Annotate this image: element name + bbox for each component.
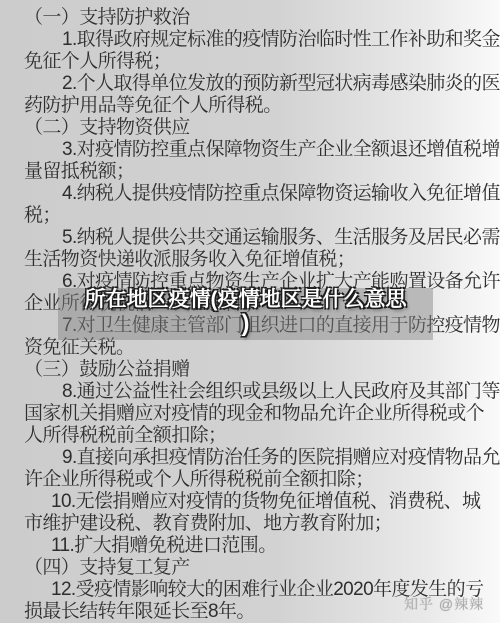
text-line: （三）鼓励公益捐赠 [24, 359, 480, 381]
text-line: （四）支持复工复产 [24, 557, 480, 579]
page: （一）支持防护救治1.取得政府规定标准的疫情防治临时性工作补助和奖金免征个人所得… [0, 0, 500, 623]
text-line: 人所得税税前全额扣除； [24, 425, 480, 447]
text-line: 国家机关捐赠应对疫情的现金和物品允许企业所得税或个 [24, 403, 480, 425]
paragraph-first-line: 1.取得政府规定标准的疫情防治临时性工作补助和奖金 [24, 29, 480, 51]
paragraph-first-line: 4.纳税人提供疫情防控重点保障物资运输收入免征增值 [24, 183, 480, 205]
text-line: 量留抵税额； [24, 161, 480, 183]
text-line: （一）支持防护救治 [24, 7, 480, 29]
text-line: 企业所得税税前一次性扣除； [24, 293, 480, 315]
text-line: 市维护建设税、教育费附加、地方教育附加； [24, 513, 480, 535]
paragraph-first-line: 10.无偿捐赠应对疫情的货物免征增值税、消费税、城 [24, 491, 480, 513]
paragraph-first-line: 5.纳税人提供公共交通运输服务、生活服务及居民必需 [24, 227, 480, 249]
paragraph-first-line: 7.对卫生健康主管部门组织进口的直接用于防控疫情物 [24, 315, 480, 337]
document-text: （一）支持防护救治1.取得政府规定标准的疫情防治临时性工作补助和奖金免征个人所得… [0, 0, 500, 623]
text-line: 生活物资快递收派服务收入免征增值税； [24, 249, 480, 271]
paragraph-first-line: 8.通过公益性社会组织或县级以上人民政府及其部门等 [24, 381, 480, 403]
paragraph-first-line: 6.对疫情防控重点物资生产企业扩大产能购置设备允许 [24, 271, 480, 293]
paragraph-first-line: 11.扩大捐赠免税进口范围。 [24, 535, 480, 557]
watermark: 知乎 @辣辣 [404, 594, 484, 614]
text-line: 免征个人所得税； [24, 51, 480, 73]
paragraph-first-line: 2.个人取得单位发放的预防新型冠状病毒感染肺炎的医 [24, 73, 480, 95]
paragraph-first-line: 9.直接向承担疫情防治任务的医院捐赠应对疫情物品允 [24, 447, 480, 469]
text-line: 许企业所得税或个人所得税税前全额扣除； [24, 469, 480, 491]
text-line: 药防护用品等免征个人所得税。 [24, 95, 480, 117]
text-line: 资免征关税。 [24, 337, 480, 359]
text-line: （二）支持物资供应 [24, 117, 480, 139]
paragraph-first-line: 3.对疫情防控重点保障物资生产企业全额退还增值税增 [24, 139, 480, 161]
text-line: 税； [24, 205, 480, 227]
